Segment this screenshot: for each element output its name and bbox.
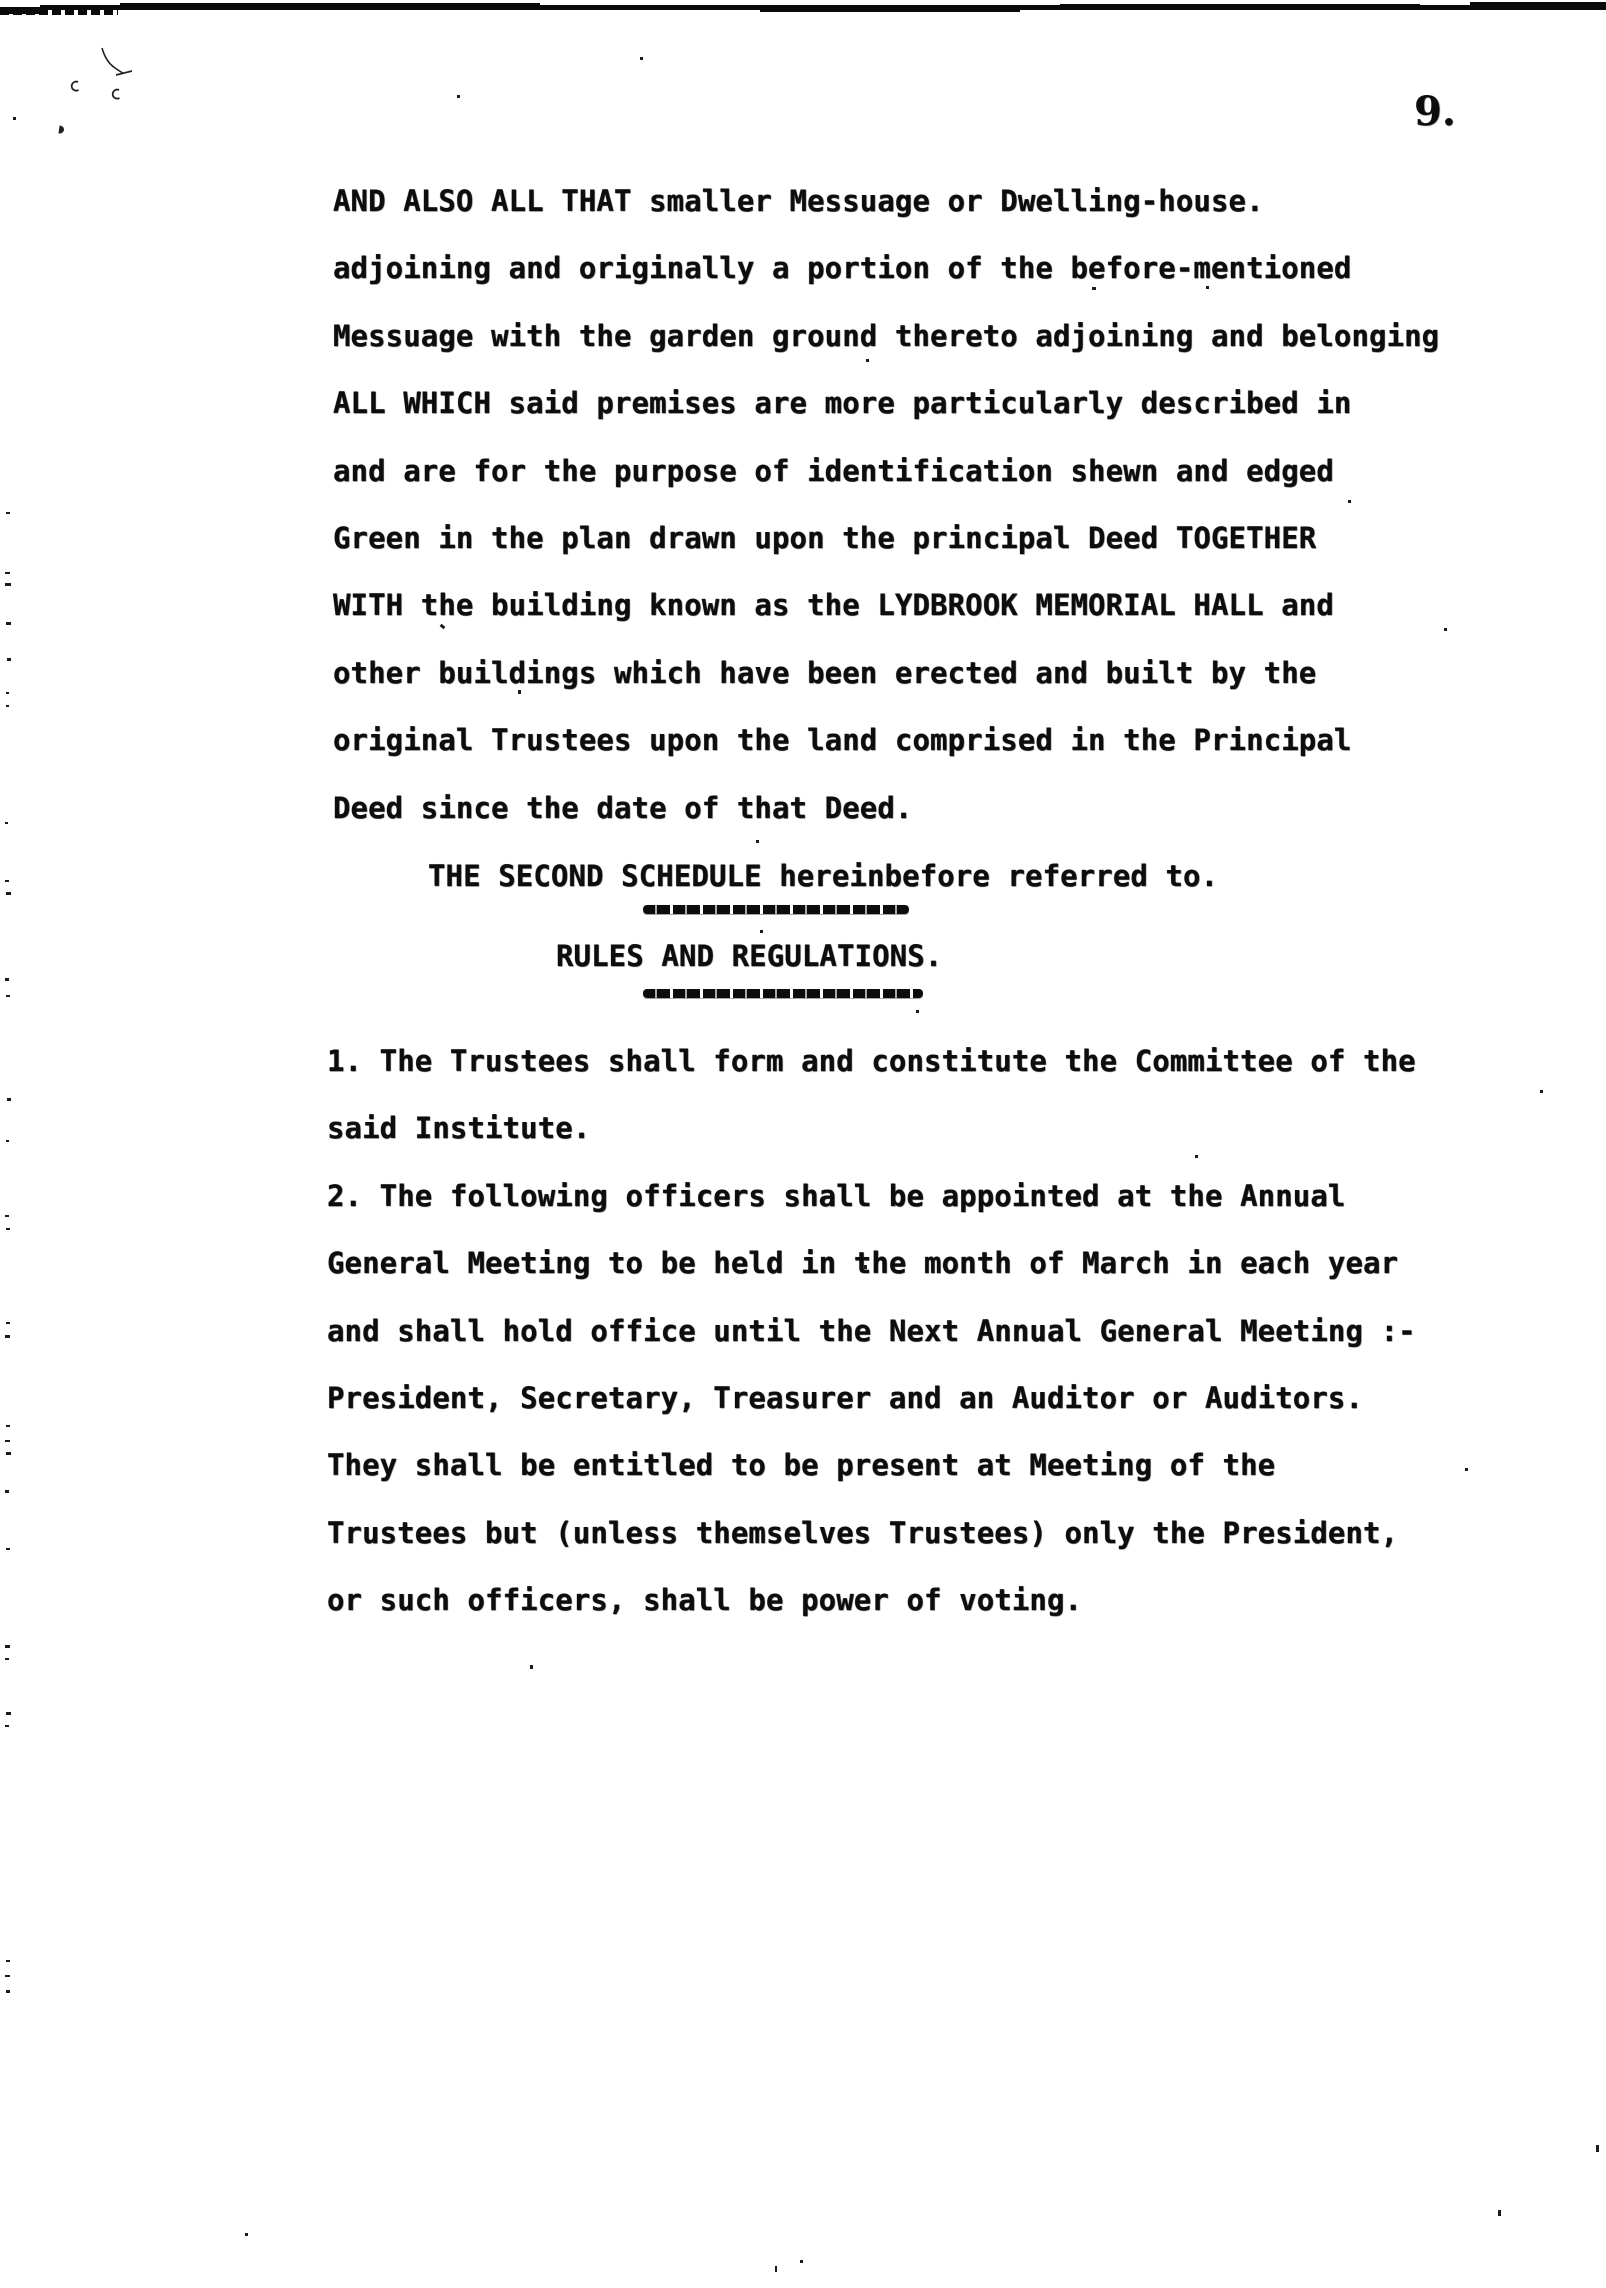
scan-artifact (5, 978, 9, 981)
deed-line: Deed since the date of that Deed. (333, 794, 912, 823)
torn-edge (1060, 4, 1420, 10)
schedule-heading: THE SECOND SCHEDULE hereinbefore referre… (428, 862, 1218, 891)
scan-artifact (530, 1665, 533, 1669)
scan-artifact (1195, 1155, 1198, 1158)
scan-artifact (5, 880, 9, 882)
rule-line: Trustees but (unless themselves Trustees… (327, 1519, 1398, 1548)
deed-line: Green in the plan drawn upon the princip… (333, 524, 1316, 553)
torn-edge (760, 8, 1020, 12)
scan-artifact (5, 583, 11, 586)
scan-artifact (1092, 287, 1096, 290)
c-mark (72, 82, 79, 91)
scan-artifact (800, 2260, 803, 2263)
scan-artifact (1465, 1468, 1468, 1471)
scan-artifact (6, 1322, 10, 1324)
rule-line: They shall be entitled to be present at … (327, 1451, 1275, 1480)
torn-edge (1470, 2, 1606, 9)
o-mark (59, 126, 64, 133)
scan-artifact (760, 930, 763, 933)
pen-marks (50, 38, 150, 148)
deed-line: original Trustees upon the land comprise… (333, 726, 1351, 755)
rule-line: and shall hold office until the Next Ann… (327, 1317, 1416, 1346)
rule-line: or such officers, shall be power of voti… (327, 1586, 1082, 1615)
rule-line: President, Secretary, Treasurer and an A… (327, 1384, 1363, 1413)
scan-artifact (6, 1452, 11, 1455)
rule-line: General Meeting to be held in the month … (327, 1249, 1398, 1278)
rules-underline (643, 989, 923, 998)
scan-artifact (5, 822, 8, 824)
scan-artifact (6, 1548, 10, 1550)
scan-artifact (6, 622, 11, 625)
deed-line: adjoining and originally a portion of th… (333, 254, 1351, 283)
scan-artifact (6, 512, 10, 514)
scan-artifact (5, 1440, 10, 1442)
torn-edge (0, 9, 118, 15)
scan-artifact (5, 1725, 9, 1727)
scan-artifact (5, 1645, 10, 1648)
scan-artifact (5, 1658, 9, 1660)
scan-artifact (1498, 2210, 1501, 2216)
c-mark (113, 90, 120, 99)
scan-artifact (5, 1215, 9, 1217)
scan-artifact (245, 2233, 248, 2236)
rules-heading: RULES AND REGULATIONS. (556, 942, 942, 971)
scan-artifact (6, 892, 11, 895)
scan-artifact (5, 572, 10, 574)
rule-line: 1. The Trustees shall form and constitut… (327, 1047, 1416, 1076)
scan-artifact (6, 1425, 10, 1427)
scan-artifact (6, 1712, 11, 1715)
scan-artifact (5, 1975, 10, 1977)
torn-edge (120, 3, 540, 7)
scan-artifact (1596, 2145, 1599, 2152)
scan-artifact (640, 57, 643, 60)
scan-artifact (1206, 286, 1209, 289)
deed-line: Messuage with the garden ground thereto … (333, 322, 1439, 351)
heading-underline (643, 905, 909, 914)
scan-artifact (7, 1098, 11, 1101)
scan-artifact (440, 624, 446, 630)
scan-artifact (6, 1960, 10, 1962)
scan-artifact (775, 2266, 777, 2272)
scan-artifact (5, 1335, 10, 1338)
scan-artifact (6, 1990, 10, 1993)
deed-line: AND ALSO ALL THAT smaller Messuage or Dw… (333, 187, 1264, 216)
scan-artifact (864, 1265, 867, 1269)
scan-artifact (6, 692, 9, 694)
scan-artifact (6, 705, 9, 707)
deed-line: other buildings which have been erected … (333, 659, 1316, 688)
scan-artifact (457, 95, 460, 98)
scan-artifact (6, 1140, 9, 1142)
scan-artifact (518, 690, 521, 694)
deed-line: ALL WHICH said premises are more particu… (333, 389, 1351, 418)
rule-line: said Institute. (327, 1114, 590, 1143)
scan-artifact (13, 117, 16, 120)
scan-artifact (5, 1490, 9, 1493)
deed-line: WITH the building known as the LYDBROOK … (333, 591, 1334, 620)
scan-artifact (866, 359, 869, 362)
scan-artifact (1348, 500, 1351, 503)
page-number: 9. (1414, 88, 1456, 135)
scan-artifact (6, 1228, 10, 1230)
scan-artifact (6, 995, 10, 997)
scan-artifact (1444, 628, 1447, 631)
deed-line: and are for the purpose of identificatio… (333, 457, 1334, 486)
scan-artifact (916, 1010, 919, 1013)
scan-artifact (1540, 1090, 1543, 1093)
rule-line: 2. The following officers shall be appoi… (327, 1182, 1345, 1211)
document-page: 9. AND ALSO ALL THAT smaller Messuage or… (0, 0, 1606, 2288)
scan-artifact (7, 658, 11, 661)
scan-artifact (756, 840, 759, 843)
